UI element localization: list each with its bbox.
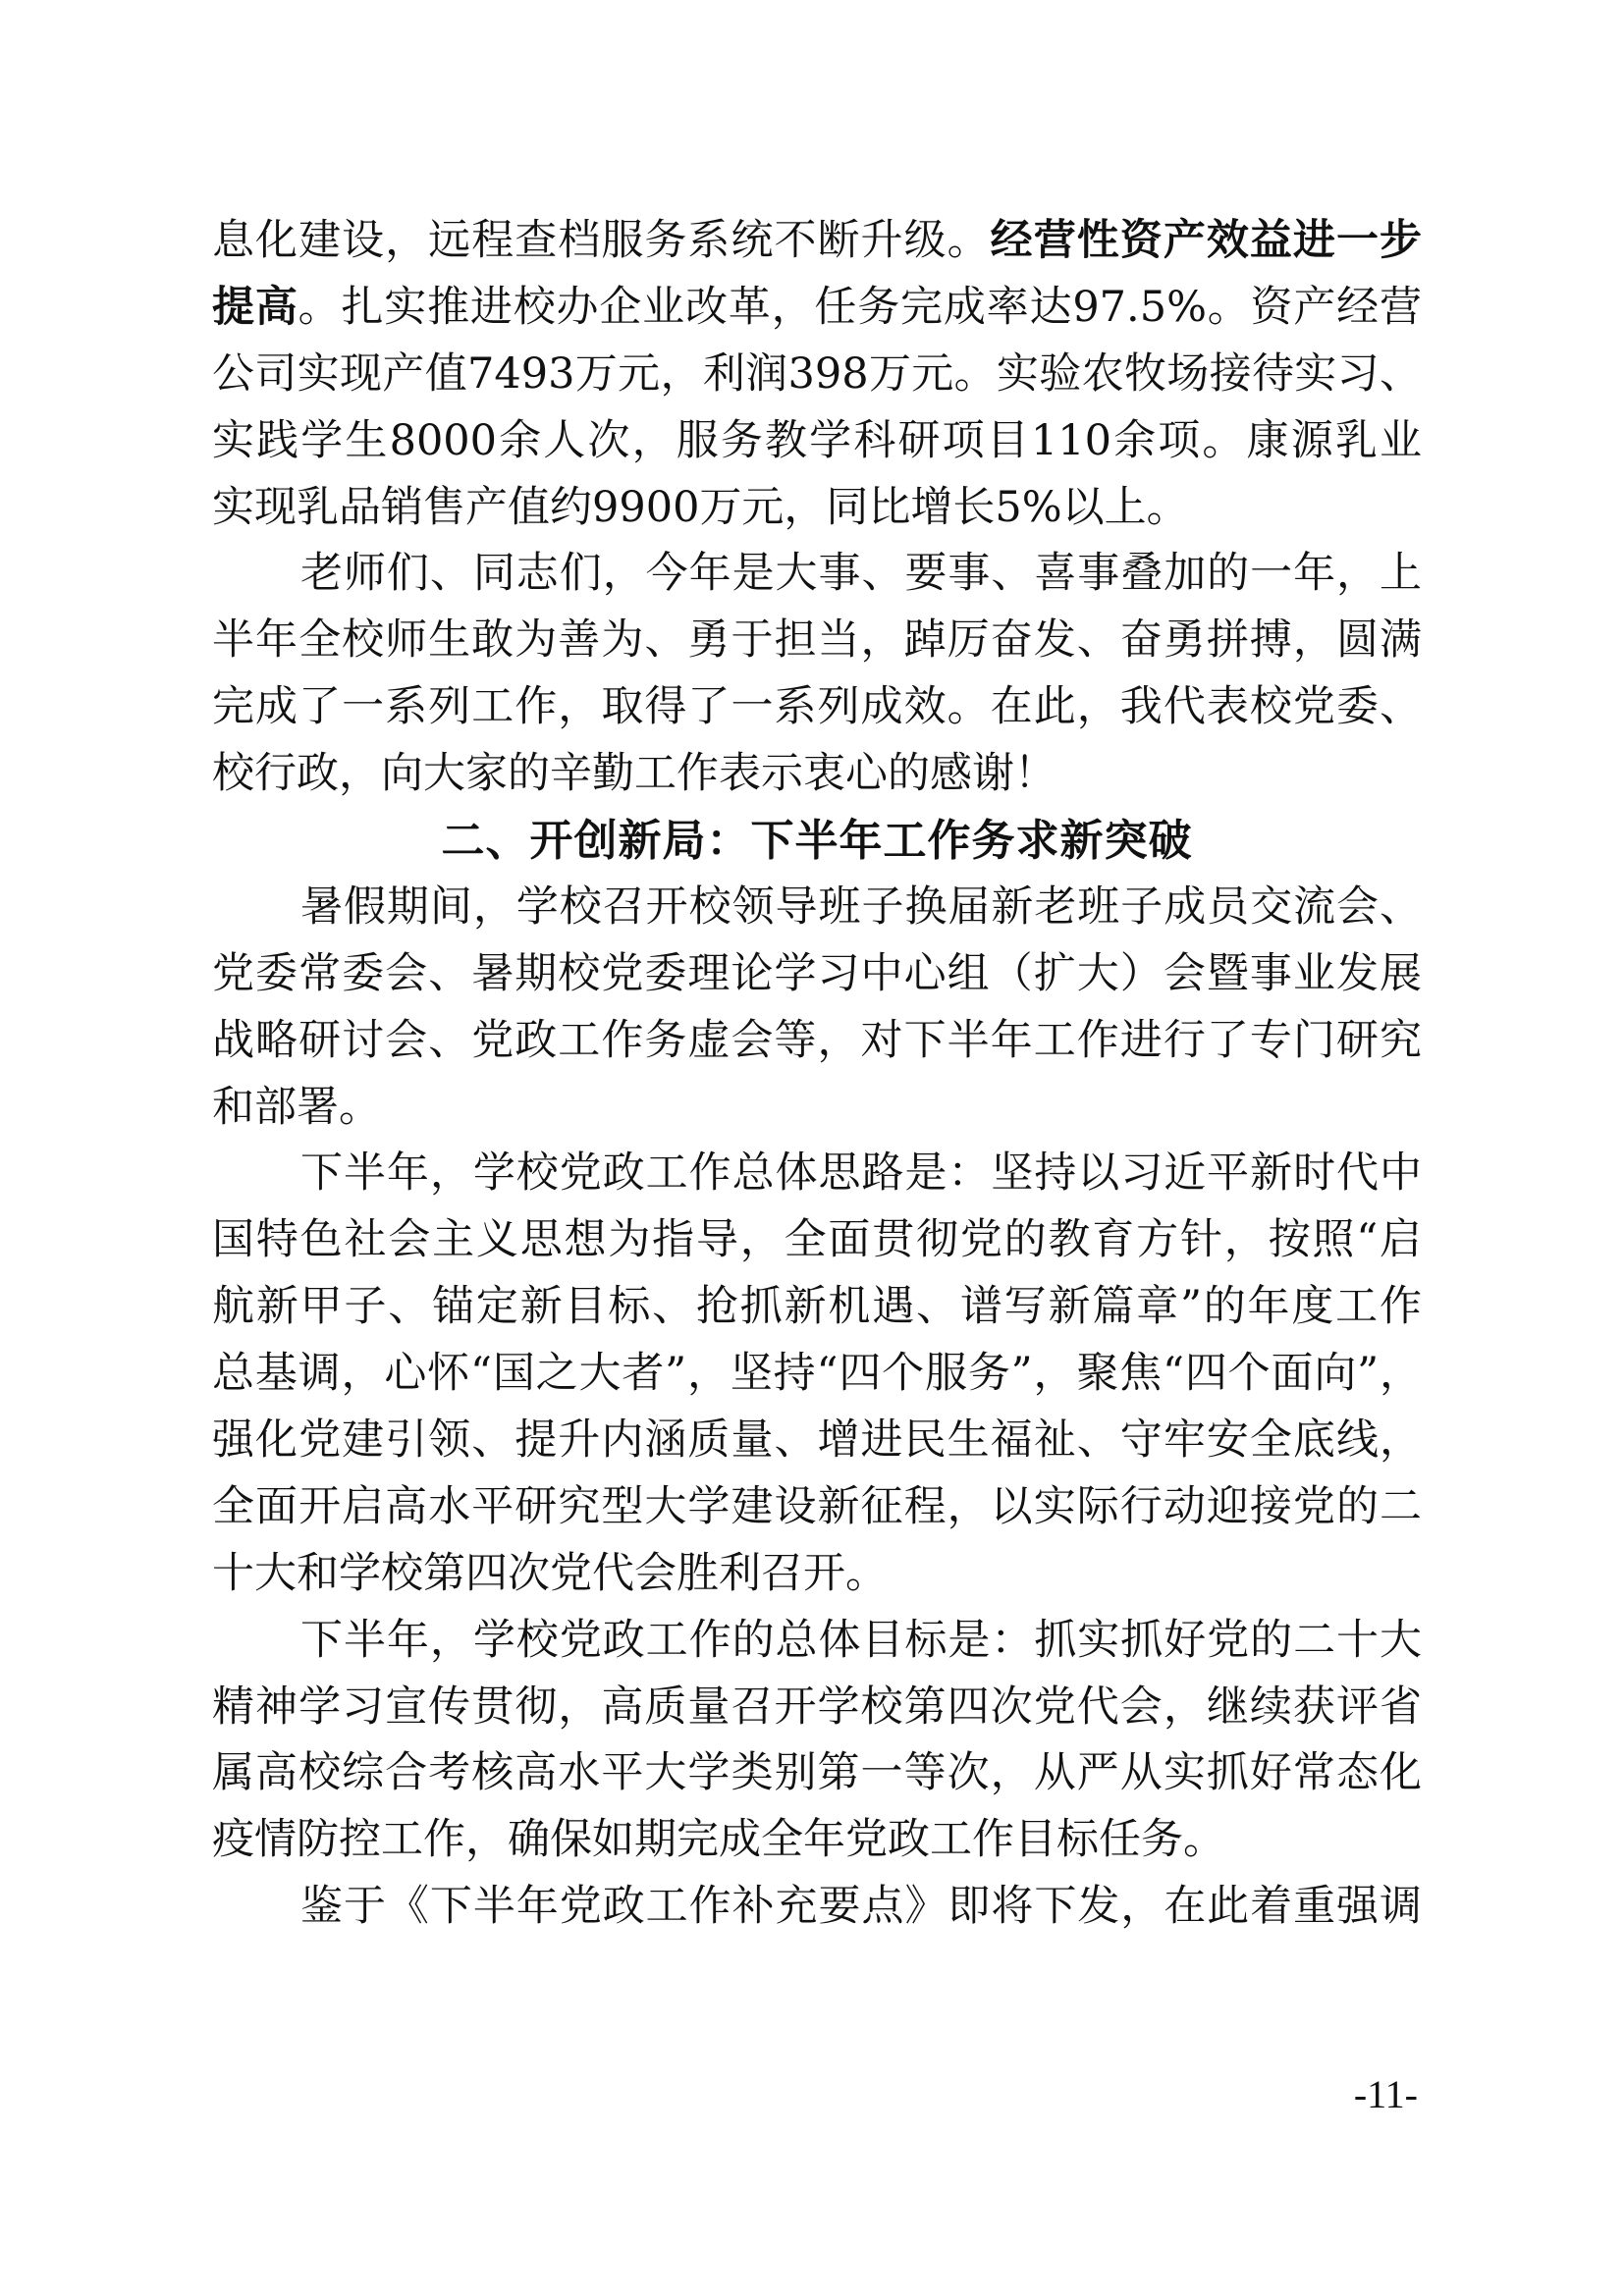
text-segment: 公司实现产值7493万元，利润398万元。实验农牧场接待实习、 [212,349,1422,399]
section-heading: 二、开创新局：下半年工作务求新突破 [212,808,1422,875]
text-segment: 实现乳品销售产值约9900万元，同比增长5%以上。 [212,483,1189,532]
text-line: 疫情防控工作，确保如期完成全年党政工作目标任务。 [212,1807,1422,1874]
paragraph-first-line: 鉴于《下半年党政工作补充要点》即将下发，在此着重强调 [212,1874,1422,1941]
text-segment: 实践学生8000余人次，服务教学科研项目110余项。康源乳业 [212,416,1422,465]
text-line: 公司实现产值7493万元，利润398万元。实验农牧场接待实习、 [212,342,1422,408]
paragraph-first-line: 暑假期间，学校召开校领导班子换届新老班子成员交流会、 [212,875,1422,941]
text-line: 强化党建引领、提升内涵质量、增进民生福祉、守牢安全底线， [212,1408,1422,1474]
text-line: 和部署。 [212,1075,1422,1142]
text-line: 属高校综合考核高水平大学类别第一等次，从严从实抓好常态化 [212,1740,1422,1807]
text-line: 总基调，心怀“国之大者”，坚持“四个服务”，聚焦“四个面向”， [212,1341,1422,1408]
text-line: 党委常委会、暑期校党委理论学习中心组（扩大）会暨事业发展 [212,941,1422,1008]
paragraph-first-line: 下半年，学校党政工作的总体目标是：抓实抓好党的二十大 [212,1608,1422,1675]
text-line: 实践学生8000余人次，服务教学科研项目110余项。康源乳业 [212,408,1422,475]
document-page: 息化建设，远程查档服务系统不断升级。经营性资产效益进一步 提高。扎实推进校办企业… [212,208,1422,1941]
bold-text-segment: 提高 [212,283,298,332]
text-line: 战略研讨会、党政工作务虚会等，对下半年工作进行了专门研究 [212,1008,1422,1075]
text-segment: 。扎实推进校办企业改革，任务完成率达97.5%。资产经营 [298,283,1422,332]
bold-text-segment: 经营性资产效益进一步 [991,216,1422,265]
paragraph-first-line: 老师们、同志们，今年是大事、要事、喜事叠加的一年，上 [212,541,1422,608]
text-line: 全面开启高水平研究型大学建设新征程，以实际行动迎接党的二 [212,1474,1422,1541]
text-line: 精神学习宣传贯彻，高质量召开学校第四次党代会，继续获评省 [212,1675,1422,1741]
text-line: 实现乳品销售产值约9900万元，同比增长5%以上。 [212,475,1422,542]
text-line: 国特色社会主义思想为指导，全面贯彻党的教育方针，按照“启 [212,1207,1422,1274]
text-line: 完成了一系列工作，取得了一系列成效。在此，我代表校党委、 [212,674,1422,741]
page-number: -11- [1354,2073,1418,2116]
text-segment: 息化建设，远程查档服务系统不断升级。 [212,216,991,265]
paragraph-first-line: 下半年，学校党政工作总体思路是：坚持以习近平新时代中 [212,1141,1422,1207]
text-line: 校行政，向大家的辛勤工作表示衷心的感谢！ [212,741,1422,808]
text-line: 十大和学校第四次党代会胜利召开。 [212,1541,1422,1608]
text-line: 提高。扎实推进校办企业改革，任务完成率达97.5%。资产经营 [212,275,1422,342]
text-line: 半年全校师生敢为善为、勇于担当，踔厉奋发、奋勇拼搏，圆满 [212,608,1422,674]
text-line: 航新甲子、锚定新目标、抢抓新机遇、谱写新篇章”的年度工作 [212,1274,1422,1341]
text-line: 息化建设，远程查档服务系统不断升级。经营性资产效益进一步 [212,208,1422,275]
